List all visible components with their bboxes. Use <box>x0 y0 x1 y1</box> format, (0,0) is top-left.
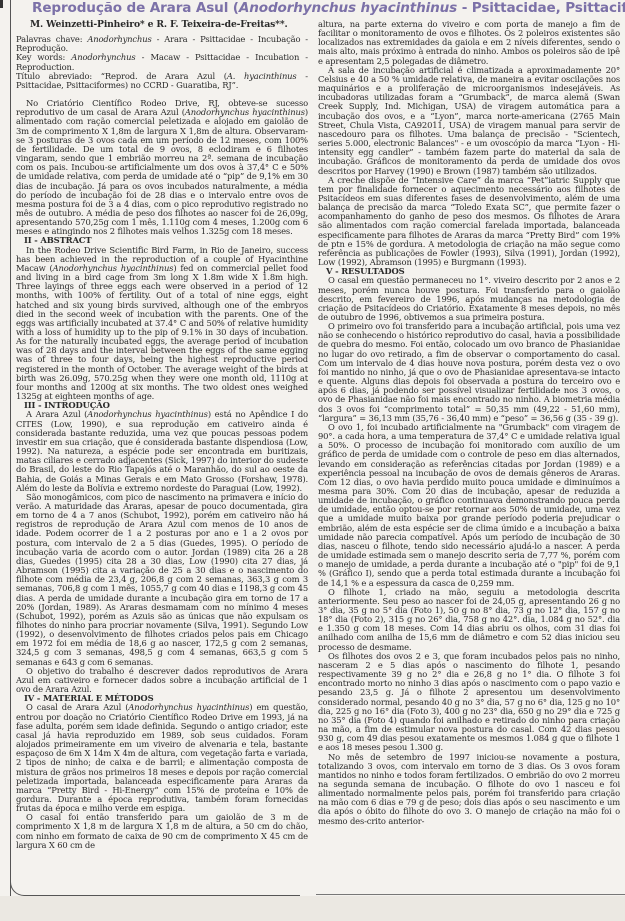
authors: M. Weinzetti-Pinheiro* e R. F. Teixeira-… <box>30 20 308 29</box>
title-prefix: Reprodução de Arara Asul ( <box>32 0 239 16</box>
column-frame-corner <box>10 876 300 896</box>
key-words: Key words: Anodorhynchus - Macaw - Psitt… <box>16 53 308 71</box>
methods-continuation: altura, na parte externa do viveiro e co… <box>318 20 620 66</box>
abstract-paragraph: In the Rodeo Drive Scientific Bird Farm,… <box>16 246 308 402</box>
en-genus: Anodorhynchus <box>71 52 135 62</box>
right-column: altura, na parte externa do viveiro e co… <box>318 20 620 826</box>
methods-paragraph-4: A creche dispõe de “Intensive Care” da m… <box>318 176 620 268</box>
keywords-block: Palavras chave: Anodorhynchus - Arara - … <box>16 35 308 90</box>
results-paragraph-2: O primeiro ovo foi transferido para a in… <box>318 322 620 423</box>
intro-paragraph-3: O objetivo do trabalho é descrever dados… <box>16 667 308 694</box>
methods-paragraph-2: O casal foi então transferido para um ga… <box>16 813 308 850</box>
short-title: Título abreviado: “Reprod. de Arara Azul… <box>16 72 308 90</box>
text: ) alimentado com ração comercial peletiz… <box>16 107 308 236</box>
palavras-chave: Palavras chave: Anodorhynchus - Arara - … <box>16 35 308 53</box>
text: ) fed on commercial pellet food and livi… <box>16 263 308 401</box>
resumo-paragraph: No Criatório Científico Rodeo Drive, RJ,… <box>16 99 308 236</box>
article-title: Reprodução de Arara Asul (Anodorhynchus … <box>32 0 625 20</box>
text: ) está no Apêndice I do CITES (Low, 1990… <box>16 409 308 492</box>
results-paragraph-1: O casal em questão permaneceu no 1°. viv… <box>318 276 620 322</box>
left-column-rule <box>10 0 11 896</box>
results-paragraph-4: O filhote 1, criado na mão, seguiu a met… <box>318 588 620 652</box>
intro-paragraph-2: São monogâmicos, com pico de nascimento … <box>16 493 308 667</box>
edge-mark <box>0 0 3 8</box>
title-suffix: - Psittacidae, Psittaciformes) no Cri <box>457 0 625 16</box>
methods-paragraph-3: A sala de incubação artificial é climati… <box>318 66 620 176</box>
methods-paragraph-1: O casal de Arara Azul (Anodorhynchus hya… <box>16 703 308 813</box>
results-paragraph-6: No mês de setembro de 1997 iniciou-se no… <box>318 753 620 826</box>
pt-genus: Anodorhynchus <box>87 34 151 44</box>
left-column: M. Weinzetti-Pinheiro* e R. F. Teixeira-… <box>16 20 308 850</box>
page-bottom-margin <box>0 896 625 921</box>
title-species: Anodorhynchus hyacinthinus <box>239 0 457 16</box>
results-paragraph-5: Os filhotes dos ovos 2 e 3, que foram in… <box>318 652 620 753</box>
text: ) em questão, entrou por doação no Criat… <box>16 702 308 813</box>
newspaper-page: Reprodução de Arara Asul (Anodorhynchus … <box>0 0 625 921</box>
intro-paragraph-1: A Arara Azul (Anodorhynchus hyacinthinus… <box>16 410 308 492</box>
results-paragraph-3: O ovo 1, foi incubado artificialmente na… <box>318 423 620 588</box>
right-column-bottom-rule <box>316 894 625 895</box>
